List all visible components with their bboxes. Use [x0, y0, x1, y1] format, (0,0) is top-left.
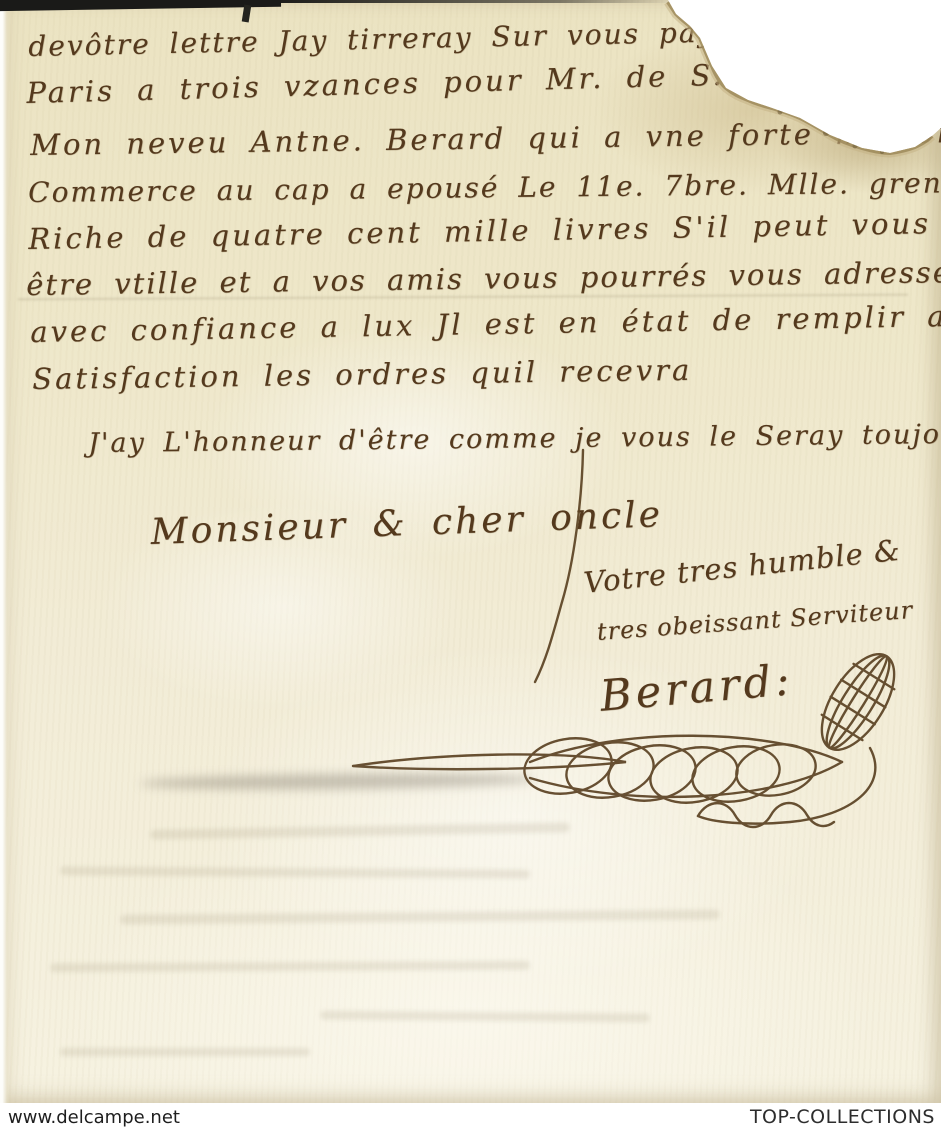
watermark-left: www.delcampe.net: [8, 1107, 180, 1128]
scanner-edge-line: [272, 0, 672, 3]
scan-left-edge: [0, 0, 10, 1103]
ink-bleedthrough: [120, 909, 720, 924]
ink-bleedthrough: [320, 1011, 650, 1023]
ink-bleedthrough: [60, 1048, 310, 1056]
scanned-letter-screenshot: devôtre lettre Jay tirreray Sur vous pay…: [0, 0, 941, 1132]
ink-bleedthrough: [50, 961, 530, 973]
watermark-bar: www.delcampe.net TOP-COLLECTIONS: [0, 1103, 941, 1132]
letter-line-5: Riche de quatre cent mille livres S'il p…: [28, 206, 931, 256]
ink-bleedthrough: [60, 866, 530, 878]
letter-line-8: Satisfaction les ordres quil recevra: [32, 353, 692, 396]
torn-edge-stain: [630, 0, 941, 170]
letter-line-1: devôtre lettre Jay tirreray Sur vous pay: [28, 16, 716, 63]
letter-line-7: avec confiance a lux Jl est en état de r…: [30, 299, 941, 349]
watermark-right: TOP-COLLECTIONS: [750, 1106, 935, 1128]
letter-paper: devôtre lettre Jay tirreray Sur vous pay…: [0, 0, 941, 1103]
signature-flourish: [230, 430, 941, 830]
letter-line-4: Commerce au cap a epousé Le 11e. 7bre. M…: [28, 166, 941, 209]
